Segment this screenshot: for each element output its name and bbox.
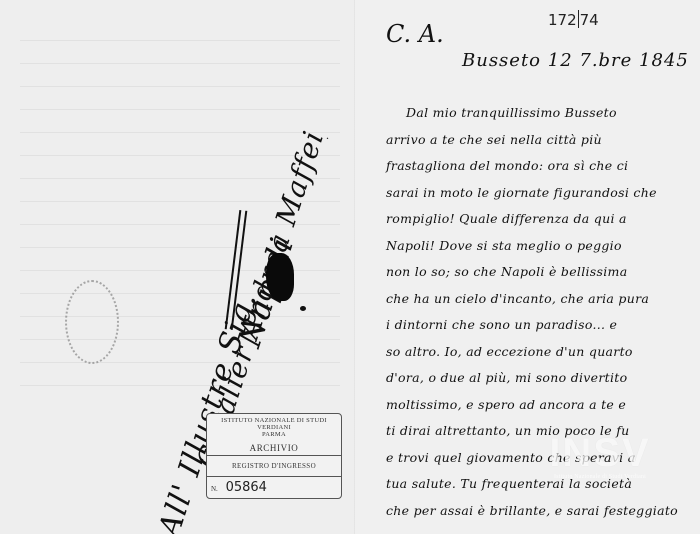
- address-block: All' Illustre Sig. Cavalier Andrea Maffe…: [40, 90, 240, 450]
- letter-line: sarai in moto le giornate figurandosi ch…: [386, 180, 686, 207]
- letter-date: Busseto 12 7.bre 1845: [462, 50, 689, 71]
- letter-line: Dal mio tranquillissimo Busseto: [386, 100, 686, 127]
- shelfmark: 17274: [548, 10, 599, 29]
- letter-body: Dal mio tranquillissimo Busseto arrivo a…: [386, 100, 686, 524]
- letter-scan: All' Illustre Sig. Cavalier Andrea Maffe…: [0, 0, 700, 534]
- letter-line: moltissimo, e spero ad ancora a te e: [386, 392, 686, 419]
- letter-line: so altro. Io, ad eccezione d'un quarto: [386, 339, 686, 366]
- letter-line: i dintorni che sono un paradiso... e: [386, 312, 686, 339]
- archive-institution: ISTITUTO NAZIONALE DI STUDI VERDIANI: [207, 417, 341, 431]
- letter-line: rompiglio! Quale differenza da qui a: [386, 206, 686, 233]
- letter-line: che ha un cielo d'incanto, che aria pura: [386, 286, 686, 313]
- letter-line: e trovi quel giovamento che speravi a: [386, 445, 686, 472]
- letter-line: che per assai è brillante, e sarai feste…: [386, 498, 686, 525]
- letter-line: arrivo a te che sei nella città più: [386, 127, 686, 154]
- ink-dot: [300, 306, 306, 311]
- letter-line: d'ora, o due al più, mi sono divertito: [386, 365, 686, 392]
- letter-line: non lo so; so che Napoli è bellissima: [386, 259, 686, 286]
- shelfmark-left: 172: [548, 11, 577, 29]
- archive-number-row: N. 05864: [207, 477, 341, 498]
- archive-city: PARMA: [207, 431, 341, 438]
- letter-line: frastagliona del mondo: ora sì che ci: [386, 153, 686, 180]
- letter-line: Napoli! Dove si sta meglio o peggio: [386, 233, 686, 260]
- archive-stamp: ISTITUTO NAZIONALE DI STUDI VERDIANI PAR…: [206, 413, 342, 499]
- salutation: C. A.: [386, 20, 444, 48]
- archive-number-label: N.: [211, 485, 218, 493]
- ink-blot: [266, 253, 294, 301]
- left-page-envelope: All' Illustre Sig. Cavalier Andrea Maffe…: [0, 0, 355, 534]
- shelfmark-divider: [578, 10, 579, 28]
- archive-section: ARCHIVIO: [207, 443, 341, 453]
- archive-register: REGISTRO D'INGRESSO: [207, 456, 341, 477]
- letter-line: ti dirai altrettanto, un mio poco le fu: [386, 418, 686, 445]
- shelfmark-right: 74: [580, 11, 599, 29]
- archive-number: 05864: [226, 480, 267, 495]
- side-mark: .: [326, 128, 329, 143]
- letter-line: tua salute. Tu frequenterai la società: [386, 471, 686, 498]
